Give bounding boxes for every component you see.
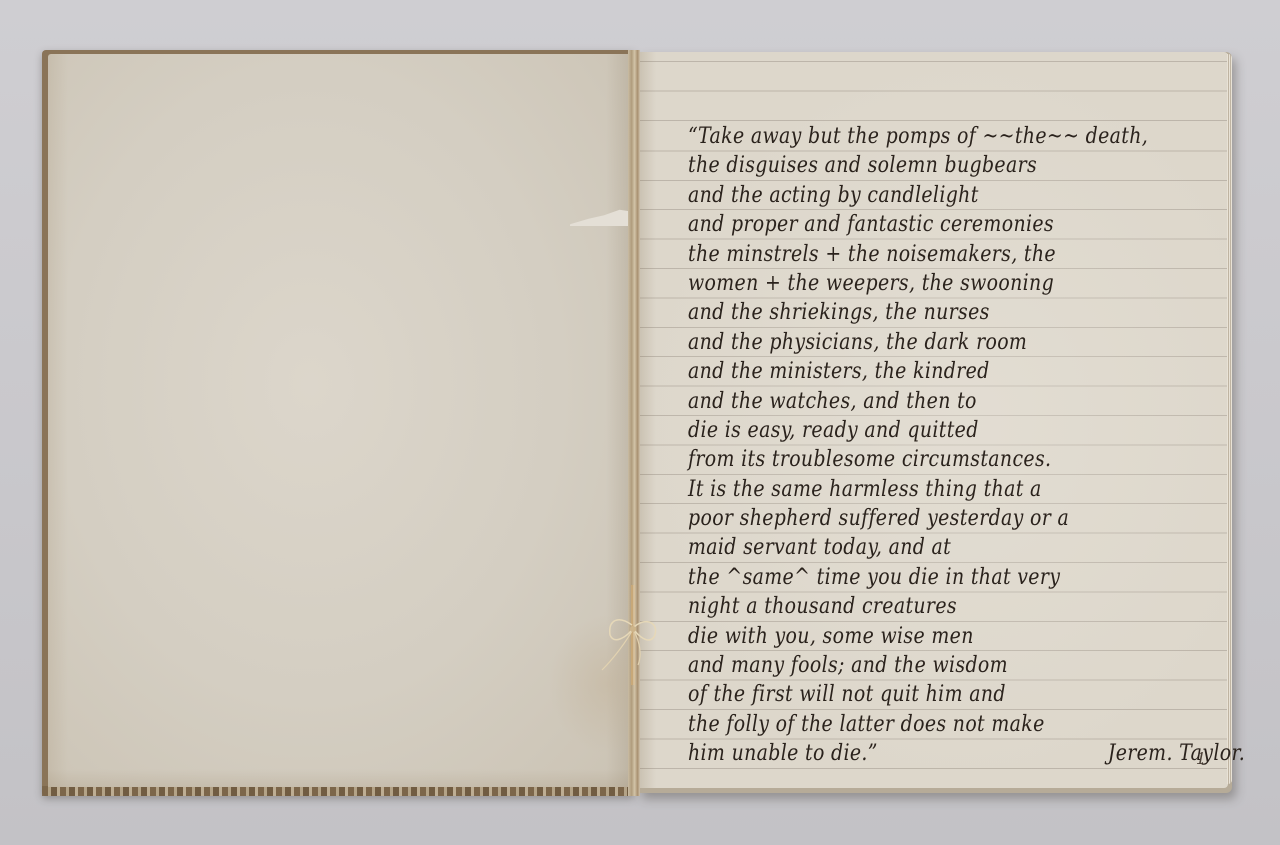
quote-line: women + the weepers, the swooning [688, 269, 1144, 298]
quote-line-final: him unable to die.” Jerem. Taylor. [688, 739, 1144, 768]
left-page-blank [48, 54, 630, 787]
quote-line: and the physicians, the dark room [688, 328, 1144, 357]
right-page-lined: “Take away but the pomps of ~~the~~ deat… [640, 52, 1228, 788]
quote-line: die is easy, ready and quitted [688, 416, 1144, 445]
quote-line: the folly of the latter does not make [688, 710, 1144, 739]
quote-line: and the acting by candlelight [688, 181, 1144, 210]
quote-line: and the shriekings, the nurses [688, 298, 1144, 327]
signature: Jerem. Taylor. [884, 739, 1245, 768]
quote-line: and the ministers, the kindred [688, 357, 1144, 386]
quote-line: maid servant today, and at [688, 533, 1144, 562]
quote-line: the minstrels + the noisemakers, the [688, 240, 1144, 269]
quote-line: die with you, some wise men [688, 622, 1144, 651]
quote-line: It is the same harmless thing that a [688, 475, 1144, 504]
page-number: 1 [1196, 749, 1206, 768]
quote-final-text: him unable to die.” [688, 741, 878, 766]
quote-line: and proper and fantastic ceremonies [688, 210, 1144, 239]
quote-line: the ^same^ time you die in that very [688, 563, 1144, 592]
handwritten-quote: “Take away but the pomps of ~~the~~ deat… [688, 122, 1218, 769]
quote-line: of the first will not quit him and [688, 680, 1144, 709]
open-notebook: “Take away but the pomps of ~~the~~ deat… [0, 0, 1280, 845]
quote-line: “Take away but the pomps of ~~the~~ deat… [688, 122, 1144, 151]
quote-line: night a thousand creatures [688, 592, 1144, 621]
quote-line: the disguises and solemn bugbears [688, 151, 1144, 180]
quote-line: and many fools; and the wisdom [688, 651, 1144, 680]
quote-line: from its troublesome circumstances. [688, 445, 1144, 474]
quote-line: poor shepherd suffered yesterday or a [688, 504, 1144, 533]
quote-line: and the watches, and then to [688, 387, 1144, 416]
page-block-edge [1227, 54, 1232, 784]
binding-thread-knot-icon [598, 585, 668, 685]
